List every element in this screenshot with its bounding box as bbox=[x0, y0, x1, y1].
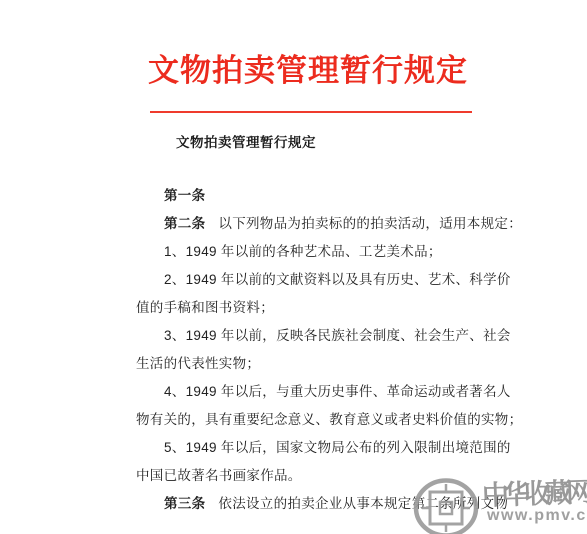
body-line-article-3: 第三条依法设立的拍卖企业从事本规定第二条所列文物 bbox=[136, 492, 544, 512]
document-title: 文物拍卖管理暂行规定 bbox=[118, 45, 498, 90]
body-line-item-5-continued: 中国已故著名书画家作品。 bbox=[136, 464, 516, 484]
article-label: 第一条 bbox=[164, 188, 205, 203]
article-text: 以下列物品为拍卖标的的拍卖活动，适用本规定： bbox=[218, 216, 522, 231]
body-line-item-4-continued: 物有关的，具有重要纪念意义、教育意义或者史料价值的实物； bbox=[136, 408, 516, 428]
item-text: 物有关的，具有重要纪念意义、教育意义或者史料价值的实物； bbox=[136, 412, 522, 427]
article-label: 第三条 bbox=[164, 496, 205, 511]
item-text: 2、1949 年以前的文献资料以及具有历史、艺术、科学价 bbox=[164, 272, 511, 287]
item-text: 5、1949 年以后，国家文物局公布的列入限制出境范围的 bbox=[164, 440, 511, 455]
item-text: 中国已故著名书画家作品。 bbox=[136, 468, 302, 483]
item-text: 生活的代表性实物； bbox=[136, 356, 260, 371]
body-line-item-3: 3、1949 年以前，反映各民族社会制度、社会生产、社会 bbox=[136, 324, 544, 344]
item-text: 1、1949 年以前的各种艺术品、工艺美术品； bbox=[164, 244, 442, 259]
item-text: 值的手稿和图书资料； bbox=[136, 300, 274, 315]
body-line-item-2-continued: 值的手稿和图书资料； bbox=[136, 296, 516, 316]
item-text: 4、1949 年以后，与重大历史事件、革命运动或者著名人 bbox=[164, 384, 511, 399]
article-label: 第二条 bbox=[164, 216, 205, 231]
body-line-item-3-continued: 生活的代表性实物； bbox=[136, 352, 516, 372]
title-divider-line bbox=[150, 111, 472, 113]
body-line-article-1: 第一条 bbox=[136, 184, 544, 204]
document-subtitle: 文物拍卖管理暂行规定 bbox=[176, 131, 316, 151]
body-line-item-4: 4、1949 年以后，与重大历史事件、革命运动或者著名人 bbox=[136, 380, 544, 400]
body-line-item-5: 5、1949 年以后，国家文物局公布的列入限制出境范围的 bbox=[136, 436, 544, 456]
body-line-item-1: 1、1949 年以前的各种艺术品、工艺美术品； bbox=[136, 240, 544, 260]
body-line-item-2: 2、1949 年以前的文献资料以及具有历史、艺术、科学价 bbox=[136, 268, 544, 288]
article-text: 依法设立的拍卖企业从事本规定第二条所列文物 bbox=[218, 496, 508, 511]
item-text: 3、1949 年以前，反映各民族社会制度、社会生产、社会 bbox=[164, 328, 511, 343]
document-page: 文物拍卖管理暂行规定 文物拍卖管理暂行规定 第一条 第二条以下列物品为拍卖标的的… bbox=[0, 0, 587, 534]
body-line-article-2: 第二条以下列物品为拍卖标的的拍卖活动，适用本规定： bbox=[136, 212, 544, 232]
